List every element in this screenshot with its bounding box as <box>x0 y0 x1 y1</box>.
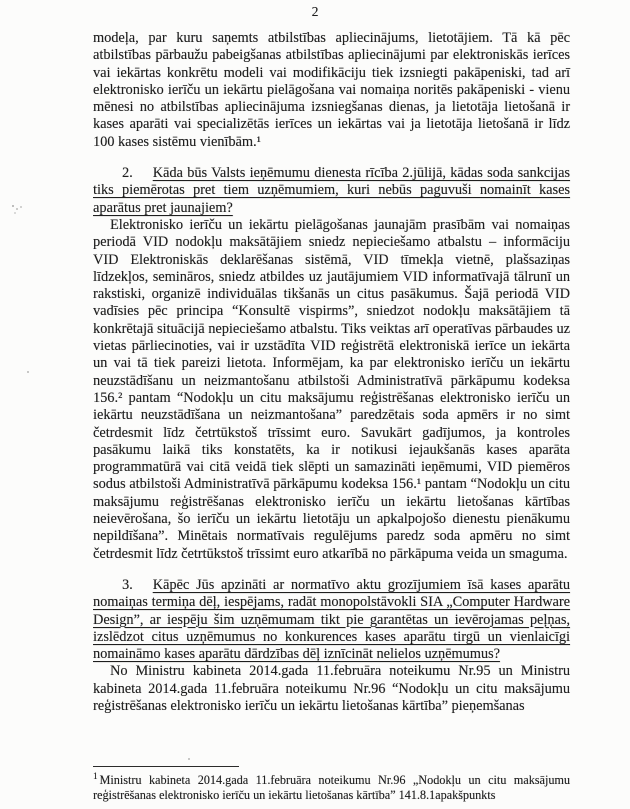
paragraph-answer-2: Elektronisko ierīču un iekārtu pielāgoša… <box>93 217 570 563</box>
page-number: 2 <box>0 4 630 20</box>
question-2-number: 2. <box>122 165 153 181</box>
scanned-document-page: 2 modeļa, par kuru saņemts atbilstības a… <box>0 0 630 809</box>
question-3-text: Kāpēc Jūs apzināti ar normatīvo aktu gro… <box>93 577 570 662</box>
scan-artifact <box>188 758 190 760</box>
footnote-separator <box>93 766 239 767</box>
paragraph-answer-3: No Ministru kabineta 2014.gada 11.februā… <box>93 663 570 715</box>
question-2-text: Kāda būs Valsts ieņēmumu dienesta rīcība… <box>93 165 570 216</box>
question-2-heading: 2.Kāda būs Valsts ieņēmumu dienesta rīcī… <box>93 165 570 217</box>
document-body: modeļa, par kuru saņemts atbilstības apl… <box>93 30 570 715</box>
footnote-body: Ministru kabineta 2014.gada 11.februāra … <box>93 773 570 802</box>
scan-artifact <box>27 371 29 373</box>
question-3-heading: 3.Kāpēc Jūs apzināti ar normatīvo aktu g… <box>93 577 570 663</box>
paragraph-continuation: modeļa, par kuru saņemts atbilstības apl… <box>93 30 570 151</box>
scan-artifact <box>12 205 14 207</box>
question-3-number: 3. <box>122 577 153 593</box>
footnote-text: 1Ministru kabineta 2014.gada 11.februāra… <box>93 773 570 804</box>
footnote: 1Ministru kabineta 2014.gada 11.februāra… <box>93 766 570 804</box>
